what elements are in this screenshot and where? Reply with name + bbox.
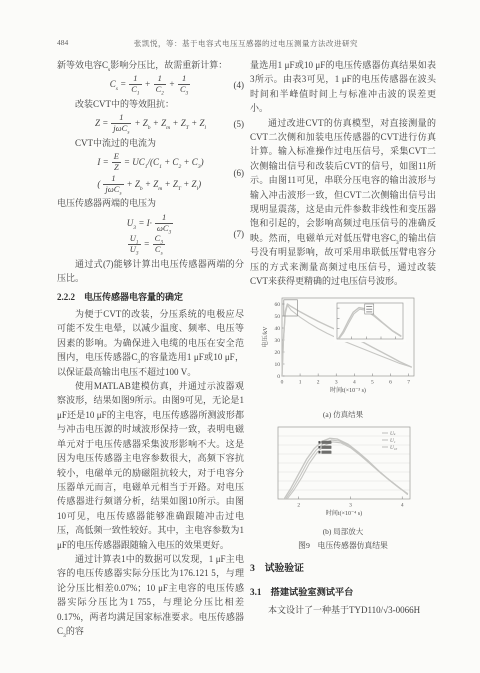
figure-9a: 012345670102030405060时间t(×10⁻³ s)电压/kV (… — [250, 293, 436, 420]
svg-text:20: 20 — [275, 350, 281, 356]
svg-text:7: 7 — [407, 379, 410, 385]
eq6-number: (6) — [234, 166, 245, 180]
eq6-l1b: = UC1/(C1 + C2 + C3) — [124, 155, 204, 169]
eq7-frac2: U1U3 — [128, 234, 141, 255]
paragraph-cvt-improvement: 通过改进CVT的仿真模型，对直接测量的CVT二次侧和加装电压传感器的CVT进行仿… — [250, 116, 436, 289]
paragraph-ratio-conclusion: 通过式(7)能够计算出电压传感器两端的分压比。 — [57, 257, 244, 286]
equation-5: Z = 1jωCs + Zb + Zm + ZT + Zl (5) — [57, 113, 244, 134]
heading-2-2-2: 2.2.2 电压传感器电容量的确定 — [57, 290, 244, 304]
figure-9b-caption: (b) 局部放大 — [250, 526, 436, 537]
figure-9-caption: 图9 电压传感器仿真结果 — [250, 539, 436, 552]
paragraph-capacitance-intro: 新等效电容Cs影响分压比，故需重新计算： — [57, 58, 244, 72]
eq7-eqsign: = — [144, 237, 150, 251]
chart-peak-inset — [334, 300, 406, 342]
equation-7: U3 = I· 1ωC3 U1U3 = C3Cs (7) — [57, 213, 244, 255]
paragraph-matlab-simulation: 使用MATLAB建模仿真，并通过示波器观察波形，结果如图9所示。由图9可见，无论… — [57, 379, 244, 552]
svg-text:1: 1 — [299, 379, 302, 385]
svg-text:0: 0 — [281, 379, 284, 385]
eq7-l1a: U3 = I· — [127, 216, 152, 230]
chart-local-zoom: 234时间t(×10⁻⁴ s)UₛU₁U₁₀ — [258, 424, 428, 522]
svg-text:U₁₀: U₁₀ — [390, 445, 398, 451]
paragraph-voltage-intro: 电压传感器两端的电压为 — [57, 196, 244, 210]
eq7-frac3: C3Cs — [153, 234, 165, 255]
svg-text:30: 30 — [275, 338, 281, 344]
svg-text:4: 4 — [353, 379, 356, 385]
eq4-frac2: 1C2 — [154, 74, 166, 95]
paper-page: 484 张凯悦，等：基于电容式电压互感器的过电压测量方法改进研究 新等效电容Cs… — [0, 0, 480, 673]
eq6-l2a: ( — [97, 177, 100, 191]
svg-text:6: 6 — [389, 379, 392, 385]
eq4-frac3: 1C3 — [178, 74, 190, 95]
left-column: 新等效电容Cs影响分压比，故需重新计算： Cs = 1C1 + 1C2 + 1C… — [57, 58, 244, 638]
svg-text:时间t(×10⁻³ s): 时间t(×10⁻³ s) — [330, 386, 366, 394]
figure-9b: 234时间t(×10⁻⁴ s)UₛU₁U₁₀ (b) 局部放大 图9 电压传感器… — [250, 424, 436, 552]
svg-text:40: 40 — [275, 326, 281, 332]
paragraph-test-platform: 本文设计了一种基于TYD110/√3-0066H — [250, 603, 436, 617]
svg-text:Uₛ: Uₛ — [390, 431, 396, 437]
page-header: 484 张凯悦，等：基于电容式电压互感器的过电压测量方法改进研究 — [57, 38, 435, 52]
equation-6: I = EZ = UC1/(C1 + C2 + C3) ( 1jωCs + Zb… — [57, 152, 244, 194]
svg-text:U₁: U₁ — [390, 438, 396, 444]
svg-text:时间t(×10⁻⁴ s): 时间t(×10⁻⁴ s) — [326, 509, 362, 517]
svg-text:2: 2 — [317, 379, 320, 385]
eq6-frac1: EZ — [112, 152, 121, 173]
eq4-number: (4) — [234, 77, 245, 91]
eq5-number: (5) — [234, 116, 245, 130]
svg-text:10: 10 — [275, 362, 281, 368]
eq6-l1a: I = — [97, 155, 108, 169]
paragraph-table3-results: 量选用1 μF或10 μF的电压传感器仿真结果如表3所示。由表3可见，1 μF的… — [250, 58, 436, 116]
eq4-lhs: Cs = — [110, 77, 127, 91]
eq5-rest: + Zb + Zm + ZT + Zl — [134, 116, 206, 130]
heading-3: 3 试验验证 — [250, 562, 436, 576]
paragraph-impedance-intro: 改装CVT中的等效阻抗： — [57, 97, 244, 111]
svg-text:2: 2 — [297, 502, 300, 508]
equation-4: Cs = 1C1 + 1C2 + 1C3 (4) — [57, 74, 244, 95]
svg-text:5: 5 — [371, 379, 374, 385]
svg-text:0: 0 — [277, 374, 280, 380]
eq6-l2b: + Zb + Zm + ZT + Zl) — [127, 177, 202, 191]
eq7-frac1: 1ωC3 — [155, 213, 173, 234]
heading-3-1: 3.1 搭建试验室测试平台 — [250, 585, 436, 599]
svg-text:电压/kV: 电压/kV — [261, 325, 269, 347]
eq4-plus2: + — [169, 77, 175, 91]
eq6-frac2: 1jωCs — [103, 174, 123, 195]
eq7-number: (7) — [234, 227, 245, 241]
figure-9a-caption: (a) 仿真结果 — [250, 409, 436, 420]
svg-text:50: 50 — [275, 314, 281, 320]
eq5-frac: 1jωCs — [111, 113, 131, 134]
eq5-lhs: Z = — [95, 116, 108, 130]
svg-text:4: 4 — [401, 502, 404, 508]
eq4-frac1: 1C1 — [129, 74, 141, 95]
eq4-plus1: + — [145, 77, 151, 91]
paragraph-ratio-results: 通过计算表1中的数据可以发现，1 μF主电容的电压传感器实际分压比为176.12… — [57, 552, 244, 638]
right-column: 量选用1 μF或10 μF的电压传感器仿真结果如表3所示。由表3可见，1 μF的… — [250, 58, 436, 618]
running-title: 张凯悦，等：基于电容式电压互感器的过电压测量方法改进研究 — [57, 38, 435, 49]
svg-text:3: 3 — [349, 502, 352, 508]
paragraph-capacity-selection: 为便于CVT的改装，分压系统的电极应尽可能不发生电晕，以减少温度、频率、电压等因… — [57, 307, 244, 379]
svg-text:60: 60 — [275, 302, 281, 308]
svg-text:3: 3 — [335, 379, 338, 385]
paragraph-current-intro: CVT中流过的电流为 — [57, 136, 244, 150]
